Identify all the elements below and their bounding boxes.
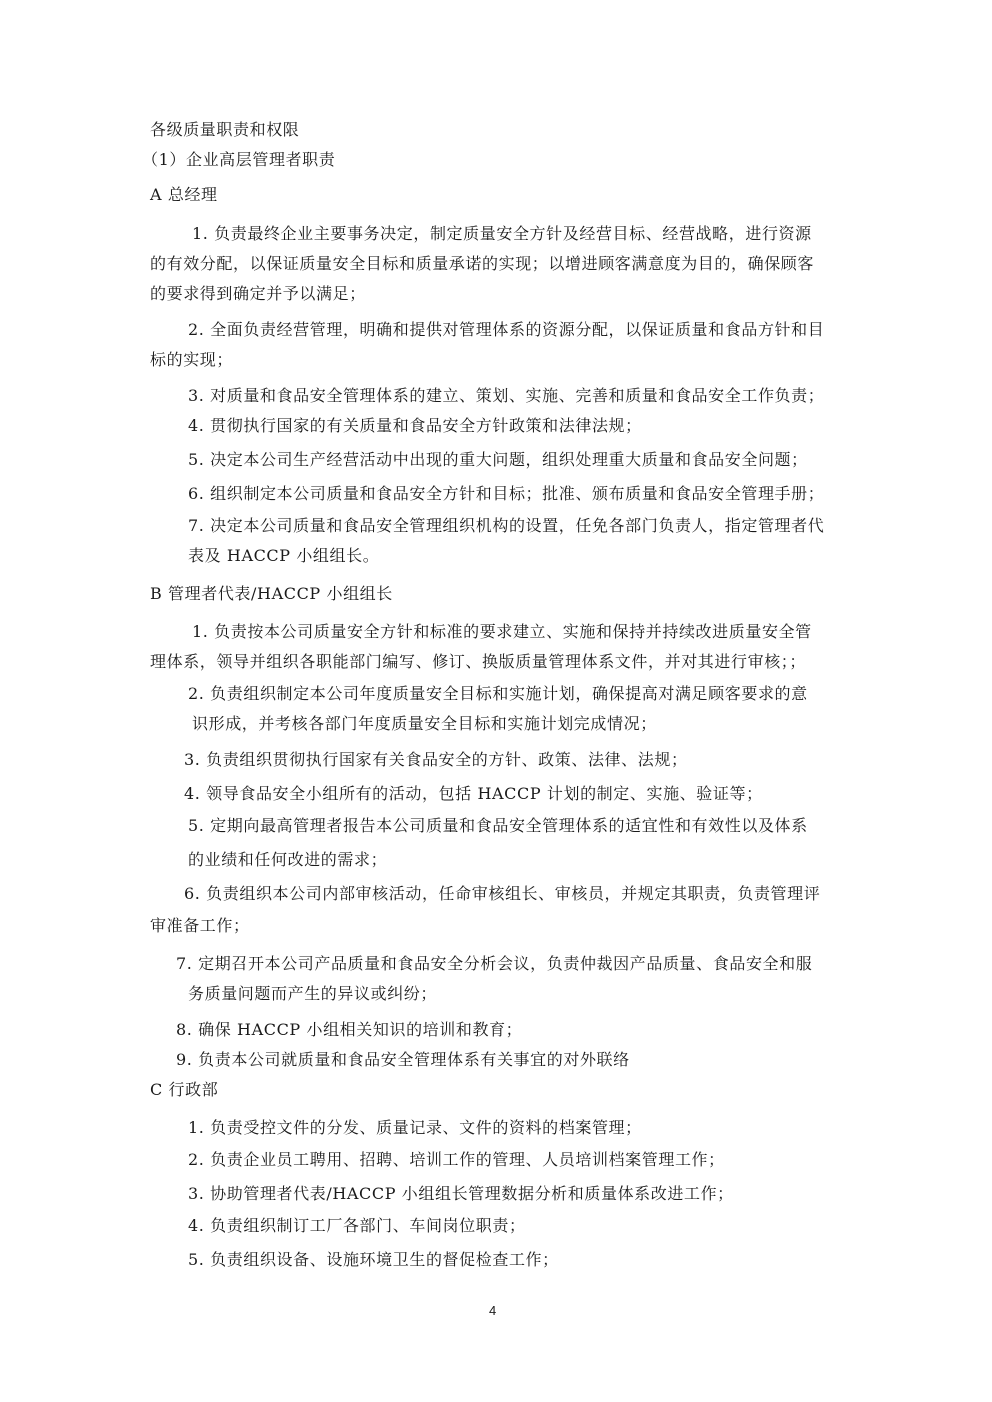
paragraph-line: 3. 对质量和食品安全管理体系的建立、策划、实施、完善和质量和食品安全工作负责；	[188, 386, 824, 406]
paragraph-line: 9. 负责本公司就质量和食品安全管理体系有关事宜的对外联络	[176, 1050, 630, 1070]
paragraph-line: 2. 负责组织制定本公司年度质量安全目标和实施计划，确保提高对满足顾客要求的意	[188, 684, 808, 704]
paragraph-line: 2. 全面负责经营管理，明确和提供对管理体系的资源分配，以保证质量和食品方针和目	[188, 320, 824, 340]
paragraph-line: 3. 负责组织贯彻执行国家有关食品安全的方针、政策、法律、法规；	[184, 750, 688, 770]
paragraph-line: 的有效分配，以保证质量安全目标和质量承诺的实现；以增进顾客满意度为目的，确保顾客	[150, 254, 814, 274]
paragraph-line: 6. 负责组织本公司内部审核活动，任命审核组长、审核员，并规定其职责，负责管理评	[184, 884, 820, 904]
paragraph-line: 理体系，领导并组织各职能部门编写、修订、换版质量管理体系文件，并对其进行审核；；	[150, 652, 806, 672]
paragraph-line: 务质量问题而产生的异议或纠纷；	[188, 984, 437, 1004]
document-page: 各级质量职责和权限 （1）企业高层管理者职责 A 总经理 1. 负责最终企业主要…	[0, 0, 992, 1402]
section-heading-b: B 管理者代表/HACCP 小组组长	[150, 584, 393, 604]
paragraph-line: 1. 负责最终企业主要事务决定，制定质量安全方针及经营目标、经营战略，进行资源	[192, 224, 812, 244]
paragraph-line: 5. 决定本公司生产经营活动中出现的重大问题，组织处理重大质量和食品安全问题；	[188, 450, 808, 470]
paragraph-line: 表及 HACCP 小组组长。	[188, 546, 379, 566]
paragraph-line: 2. 负责企业员工聘用、招聘、培训工作的管理、人员培训档案管理工作；	[188, 1150, 725, 1170]
page-number: 4	[489, 1303, 496, 1318]
section-heading-a: A 总经理	[150, 185, 218, 205]
paragraph-line: 1. 负责按本公司质量安全方针和标准的要求建立、实施和保持并持续改进质量安全管	[192, 622, 812, 642]
section-heading-c: C 行政部	[150, 1080, 218, 1100]
paragraph-line: 5. 负责组织设备、设施环境卫生的督促检查工作；	[188, 1250, 559, 1270]
paragraph-line: 的要求得到确定并予以满足；	[150, 284, 366, 304]
paragraph-line: 的业绩和任何改进的需求；	[188, 850, 387, 870]
paragraph-line: 审准备工作；	[150, 916, 250, 936]
subtitle: （1）企业高层管理者职责	[142, 150, 335, 170]
paragraph-line: 6. 组织制定本公司质量和食品安全方针和目标；批准、颁布质量和食品安全管理手册；	[188, 484, 824, 504]
paragraph-line: 3. 协助管理者代表/HACCP 小组组长管理数据分析和质量体系改进工作；	[188, 1184, 734, 1204]
paragraph-line: 4. 领导食品安全小组所有的活动，包括 HACCP 计划的制定、实施、验证等；	[184, 784, 763, 804]
paragraph-line: 4. 贯彻执行国家的有关质量和食品安全方针政策和法律法规；	[188, 416, 642, 436]
paragraph-line: 1. 负责受控文件的分发、质量记录、文件的资料的档案管理；	[188, 1118, 642, 1138]
paragraph-line: 7. 定期召开本公司产品质量和食品安全分析会议，负责仲裁因产品质量、食品安全和服	[176, 954, 812, 974]
paragraph-line: 识形成，并考核各部门年度质量安全目标和实施计划完成情况；	[192, 714, 657, 734]
paragraph-line: 5. 定期向最高管理者报告本公司质量和食品安全管理体系的适宜性和有效性以及体系	[188, 816, 808, 836]
paragraph-line: 4. 负责组织制订工厂各部门、车间岗位职责；	[188, 1216, 526, 1236]
document-title: 各级质量职责和权限	[150, 120, 299, 140]
paragraph-line: 8. 确保 HACCP 小组相关知识的培训和教育；	[176, 1020, 522, 1040]
paragraph-line: 7. 决定本公司质量和食品安全管理组织机构的设置，任免各部门负责人，指定管理者代	[188, 516, 824, 536]
paragraph-line: 标的实现；	[150, 350, 233, 370]
